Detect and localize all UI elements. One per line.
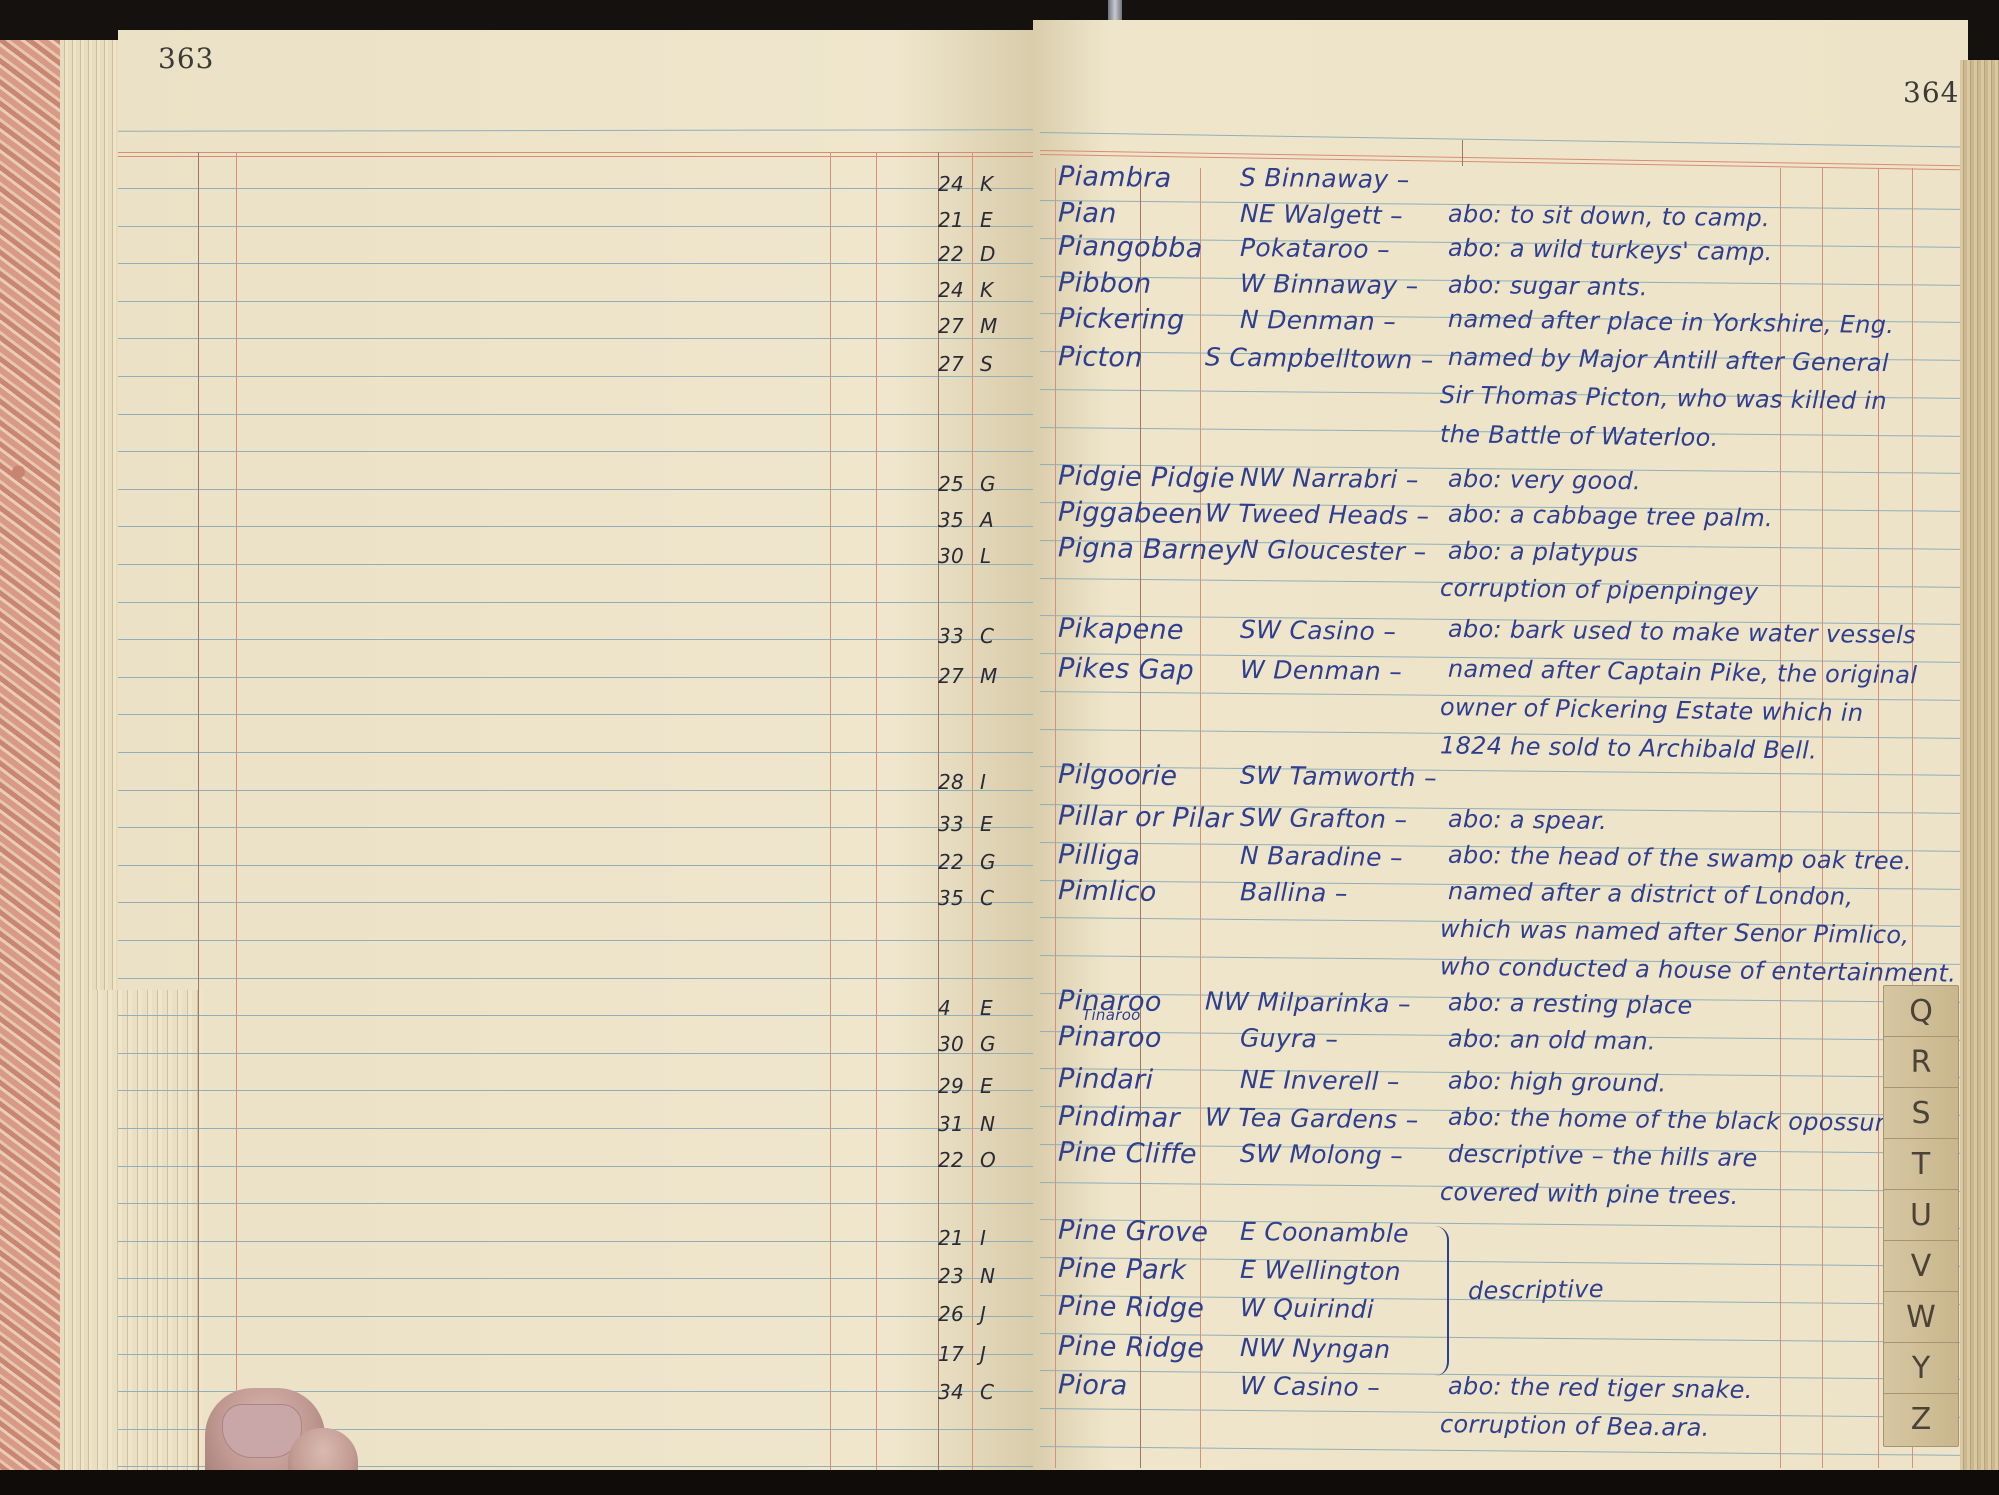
header-tick [1462, 140, 1463, 166]
entry-place-name: Pine Ridge [1058, 1291, 1205, 1325]
index-tab-s[interactable]: S [1883, 1087, 1959, 1141]
entry-meaning-line: abo: sugar ants. [1448, 271, 1648, 302]
entry-meaning-line: abo: the red tiger snake. [1448, 1372, 1753, 1404]
bracket-group-label: descriptive [1468, 1275, 1604, 1305]
entry-location: NW Narrabri – [1240, 463, 1419, 494]
entry-place-name: Pidgie Pidgie [1058, 460, 1235, 494]
ruled-line-left [118, 376, 1033, 377]
entry-ref-number: 27 [938, 314, 964, 338]
entry-place-name: Pian [1058, 197, 1117, 229]
entry-location: SW Tamworth – [1240, 761, 1437, 793]
entry-ref-letter: I [980, 770, 986, 794]
entry-location: Ballina – [1240, 877, 1348, 907]
entry-ref-letter: M [980, 314, 998, 338]
column-rule-left [876, 152, 877, 1472]
entry-location: N Baradine – [1240, 841, 1403, 872]
entry-ref-number: 25 [938, 472, 964, 496]
entry-location: N Gloucester – [1240, 535, 1427, 567]
entry-ref-number: 21 [938, 1226, 964, 1250]
entry-meaning-line: covered with pine trees. [1440, 1178, 1739, 1210]
entry-location: NW Milparinka – [1205, 987, 1411, 1019]
entry-ref-number: 33 [938, 812, 964, 836]
index-tab-r[interactable]: R [1883, 1036, 1959, 1090]
entry-place-name: Pine Grove [1058, 1215, 1209, 1249]
entry-ref-letter: C [980, 886, 994, 910]
entry-place-name: Pine Cliffe [1058, 1137, 1197, 1170]
page-number-text: 364 [1903, 76, 1959, 109]
entry-location: NE Inverell – [1240, 1065, 1400, 1096]
entry-meaning-line: abo: to sit down, to camp. [1448, 200, 1770, 232]
entry-ref-letter: O [980, 1148, 996, 1172]
entry-ref-letter: E [980, 812, 993, 836]
entry-location: S Campbelltown – [1205, 342, 1434, 374]
entry-meaning-line: the Battle of Waterloo. [1440, 420, 1719, 452]
entry-ref-number: 33 [938, 624, 964, 648]
entry-location: SW Grafton – [1240, 803, 1408, 834]
entry-ref-number: 26 [938, 1302, 964, 1326]
ruled-line-left [118, 338, 1033, 339]
entry-location: W Tweed Heads – [1205, 498, 1430, 530]
entry-location: S Binnaway – [1240, 163, 1410, 194]
ruled-line-left [118, 301, 1033, 302]
entry-ref-number: 17 [938, 1342, 964, 1366]
ruled-line-left [118, 602, 1033, 603]
entry-meaning-line: corruption of pipenpingey [1440, 574, 1759, 606]
entry-ref-letter: J [980, 1342, 986, 1366]
ruled-line-left [118, 1203, 1033, 1204]
entry-location: NE Walgett – [1240, 199, 1403, 230]
index-tab-v[interactable]: V [1883, 1240, 1959, 1294]
ruled-line-left [118, 1166, 1033, 1167]
left-page-number: 363 [158, 42, 214, 75]
entry-location: E Wellington [1240, 1255, 1401, 1286]
entry-location: W Quirindi [1240, 1293, 1374, 1324]
entry-ref-number: 34 [938, 1380, 964, 1404]
background-shadow [0, 1470, 1999, 1495]
entry-location: E Coonamble [1240, 1217, 1409, 1248]
entry-place-name: Pikapene [1058, 613, 1184, 646]
entry-ref-number: 21 [938, 208, 964, 232]
entry-meaning-line: abo: a resting place [1448, 988, 1693, 1019]
entry-location: W Tea Gardens – [1205, 1103, 1419, 1135]
entry-place-name: Piggabeen [1058, 497, 1203, 531]
ruled-line-left [118, 263, 1033, 264]
entry-ref-letter: N [980, 1264, 995, 1288]
entry-place-name: Picton [1058, 341, 1143, 373]
ruled-line-left [118, 677, 1033, 678]
ruled-line-left [118, 865, 1033, 866]
entry-place-name: Piambra [1058, 161, 1172, 194]
entry-ref-number: 24 [938, 172, 964, 196]
ruled-line-left [118, 188, 1033, 189]
column-rule-left [236, 152, 237, 1472]
entry-meaning-line: abo: a platypus [1448, 537, 1639, 568]
entry-location: SW Molong – [1240, 1139, 1403, 1170]
ruled-line-left [118, 1090, 1033, 1091]
ruled-line-left [118, 1354, 1033, 1355]
entry-ref-number: 22 [938, 242, 964, 266]
entry-meaning-line: corruption of Bea.ara. [1440, 1410, 1710, 1442]
ruled-line-left [118, 940, 1033, 941]
ruled-line-left [118, 1241, 1033, 1242]
entry-location: W Binnaway – [1240, 269, 1419, 300]
entry-place-name: Pibbon [1058, 267, 1152, 300]
entry-ref-letter: N [980, 1112, 995, 1136]
entry-meaning-line: abo: a cabbage tree palm. [1448, 500, 1773, 533]
entry-ref-letter: E [980, 208, 993, 232]
index-tab-y[interactable]: Y [1883, 1342, 1959, 1396]
entry-place-name: Piora [1058, 1369, 1128, 1401]
column-rule-left [972, 152, 973, 1472]
entry-meaning-line: abo: an old man. [1448, 1025, 1656, 1056]
entry-place-name: Pindari [1058, 1063, 1154, 1096]
entry-place-name: Pinaroo [1058, 1021, 1162, 1054]
ruled-line-left [118, 1015, 1033, 1016]
entry-location: Guyra – [1240, 1023, 1339, 1053]
ruled-line-left [118, 1128, 1033, 1129]
header-red-rule-left [118, 152, 1033, 153]
ruled-line-left [118, 827, 1033, 828]
entry-location: W Casino – [1240, 1371, 1380, 1402]
entry-ref-number: 24 [938, 278, 964, 302]
entry-ref-letter: I [980, 1226, 986, 1250]
column-rule-left [830, 152, 831, 1472]
index-tab-t[interactable]: T [1883, 1138, 1959, 1192]
index-tab-u[interactable]: U [1883, 1189, 1959, 1243]
entry-place-name: Pigna Barney [1058, 532, 1241, 566]
entry-ref-letter: M [980, 664, 998, 688]
entry-ref-number: 30 [938, 1032, 964, 1056]
entry-location: W Denman – [1240, 655, 1402, 686]
ruled-line-left [118, 790, 1033, 791]
entry-place-name: Pilgoorie [1058, 759, 1178, 792]
entry-name-note: Tinaroo [1082, 1006, 1141, 1024]
entry-ref-number: 23 [938, 1264, 964, 1288]
entry-ref-number: 22 [938, 850, 964, 874]
entry-ref-letter: K [980, 172, 993, 196]
index-tab-q[interactable]: Q [1883, 985, 1959, 1039]
entry-place-name: Pine Ridge [1058, 1331, 1205, 1365]
entry-ref-letter: K [980, 278, 993, 302]
entry-ref-letter: L [980, 544, 991, 568]
column-rule-right [1055, 168, 1056, 1468]
entry-ref-letter: G [980, 1032, 996, 1056]
left-lower-page-stack [92, 990, 202, 1470]
ruled-line-left [118, 1053, 1033, 1054]
entry-place-name: Pilliga [1058, 839, 1141, 871]
entry-ref-letter: S [980, 352, 993, 376]
index-tab-w[interactable]: W [1883, 1291, 1959, 1345]
entry-meaning-line: descriptive – the hills are [1448, 1140, 1758, 1172]
entry-ref-number: 27 [938, 664, 964, 688]
entry-meaning-line: abo: a wild turkeys' camp. [1448, 234, 1773, 267]
entry-location: Pokataroo – [1240, 233, 1390, 264]
entry-location: N Denman – [1240, 305, 1396, 336]
entry-ref-letter: C [980, 624, 994, 648]
ruled-line-left [118, 451, 1033, 452]
column-rule-left [198, 152, 199, 1472]
alphabet-index-tabs: QRSTUVWYZ [1883, 985, 1960, 1440]
entry-meaning-line: abo: very good. [1448, 465, 1641, 496]
ruled-line-left [118, 902, 1033, 903]
ruled-line-left [118, 639, 1033, 640]
entry-place-name: Piangobba [1058, 231, 1203, 265]
entry-ref-number: 28 [938, 770, 964, 794]
ruled-line-left [118, 1278, 1033, 1279]
ruled-line-left [118, 526, 1033, 527]
ruled-line-left [118, 226, 1033, 227]
entry-place-name: Pickering [1058, 303, 1185, 336]
bracket-descriptive-group [1433, 1226, 1449, 1376]
entry-ref-letter: E [980, 996, 993, 1020]
ruled-line-left [118, 564, 1033, 565]
entry-ref-letter: G [980, 472, 996, 496]
entry-ref-letter: D [980, 242, 996, 266]
entry-ref-number: 22 [938, 1148, 964, 1172]
entry-ref-letter: C [980, 1380, 994, 1404]
entry-ref-number: 30 [938, 544, 964, 568]
entry-place-name: Pimlico [1058, 875, 1157, 908]
ruled-line-left [118, 714, 1033, 715]
entry-ref-number: 27 [938, 352, 964, 376]
entry-meaning-line: abo: a spear. [1448, 805, 1607, 835]
ruled-line-left [118, 752, 1033, 753]
entry-ref-letter: E [980, 1074, 993, 1098]
entry-meaning-line: abo: high ground. [1448, 1066, 1667, 1097]
entry-place-name: Pine Park [1058, 1253, 1187, 1286]
entry-ref-number: 31 [938, 1112, 964, 1136]
ruled-line-left [118, 1316, 1033, 1317]
entry-place-name: Pillar or Pilar [1058, 800, 1233, 834]
entry-location: SW Casino – [1240, 615, 1397, 646]
entry-place-name: Pikes Gap [1058, 653, 1195, 686]
entry-ref-letter: G [980, 850, 996, 874]
ruled-line-left [118, 489, 1033, 490]
header-red-rule-left-2 [118, 156, 1033, 157]
entry-meaning-line: named after a district of London, [1448, 877, 1854, 911]
index-tab-z[interactable]: Z [1883, 1393, 1959, 1447]
entry-ref-number: 4 [938, 996, 951, 1020]
right-page-stack [1960, 60, 1999, 1475]
ruled-line-left [118, 414, 1033, 415]
entry-place-name: Pindimar [1058, 1101, 1180, 1134]
entry-ref-number: 35 [938, 508, 964, 532]
entry-ref-number: 29 [938, 1074, 964, 1098]
entry-meaning-line: 1824 he sold to Archibald Bell. [1440, 731, 1817, 764]
entry-meaning-line: owner of Pickering Estate which in [1440, 693, 1864, 727]
entry-location: NW Nyngan [1240, 1333, 1391, 1364]
entry-ref-letter: A [980, 508, 994, 532]
entry-ref-number: 35 [938, 886, 964, 910]
entry-ref-letter: J [980, 1302, 986, 1326]
ruled-line-left [118, 978, 1033, 979]
left-page: 363 [118, 30, 1033, 1480]
